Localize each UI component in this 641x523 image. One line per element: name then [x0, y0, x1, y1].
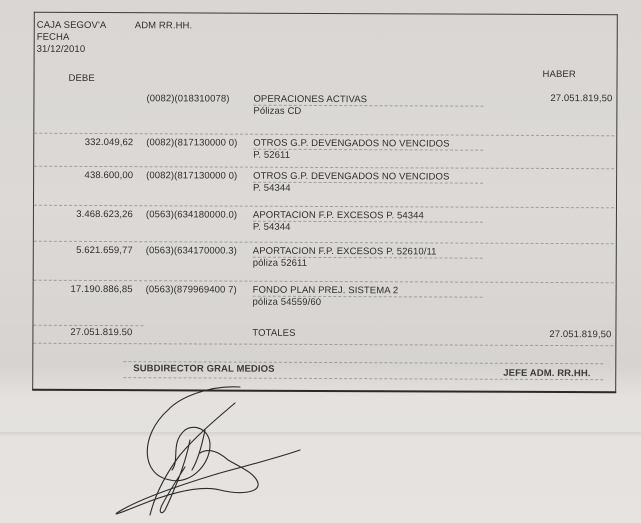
totals-label: TOTALES	[252, 328, 295, 339]
entry-concept: OTROS G.P. DEVENGADOS NO VENCIDOS	[253, 171, 449, 183]
entry-debit: 3.468.623,26	[34, 209, 133, 220]
entry-concept: OTROS G.P. DEVENGADOS NO VENCIDOS	[253, 138, 449, 150]
entry-rows: (0082)(018310078)OPERACIONES ACTIVASPóli…	[35, 13, 617, 16]
total-credit: 27.051.819,50	[473, 329, 611, 341]
entry-credit: 27.051.819,50	[474, 93, 612, 105]
entry-detail: Pólizas CD	[253, 106, 301, 117]
debit-column-header: DEBE	[69, 73, 95, 84]
entry-account: (0082)(018310078)	[146, 93, 229, 104]
entry-credit	[474, 209, 612, 210]
entry-detail: P. 54344	[253, 222, 291, 233]
entry-credit	[474, 245, 612, 246]
entry-debit: 5.621.659,77	[34, 245, 133, 256]
entry-detail: P. 54344	[253, 183, 291, 194]
signature-label-right: JEFE ADM. RR.HH.	[503, 368, 590, 379]
entry-detail: póliza 54559/60	[253, 297, 322, 308]
entry-credit	[474, 137, 612, 138]
accounting-entry-form: CAJA SEGOV'A ADM RR.HH. FECHA 31/12/2010…	[32, 12, 618, 394]
paper-fold	[0, 432, 641, 438]
credit-column-header: HABER	[543, 69, 576, 80]
entity-name: CAJA SEGOV'A	[37, 20, 107, 31]
department: ADM RR.HH.	[135, 20, 193, 31]
entry-account: (0563)(634170000.3)	[146, 245, 237, 256]
entry-credit	[474, 284, 612, 285]
entry-concept: APORTACION F.P. EXCESOS P. 54344	[253, 210, 424, 222]
entry-concept: FONDO PLAN PREJ. SISTEMA 2	[253, 285, 399, 297]
entry-account: (0082)(817130000 0)	[146, 170, 237, 181]
entry-account: (0563)(879969400 7)	[146, 284, 237, 295]
entry-concept: OPERACIONES ACTIVAS	[253, 94, 367, 105]
entry-account: (0082)(817130000 0)	[146, 137, 237, 148]
signature-label-left: SUBDIRECTOR GRAL MEDIOS	[133, 363, 274, 375]
date-value: 31/12/2010	[37, 44, 86, 55]
entry-debit: 438.600,00	[34, 170, 133, 181]
handwritten-signature	[110, 375, 320, 520]
entry-debit: 332.049,62	[34, 137, 133, 148]
entry-detail: P. 52611	[253, 150, 290, 161]
entry-account: (0563)(634180000.0)	[146, 209, 237, 220]
entry-detail: póliza 52611	[253, 258, 307, 269]
total-debit: 27.051.819.50	[33, 327, 132, 338]
entry-debit: 17.190.886,85	[34, 284, 133, 295]
entry-concept: APORTACION F.P. EXCESOS P. 52610/11	[253, 246, 437, 258]
date-label: FECHA	[37, 32, 70, 43]
entry-credit	[474, 170, 612, 171]
